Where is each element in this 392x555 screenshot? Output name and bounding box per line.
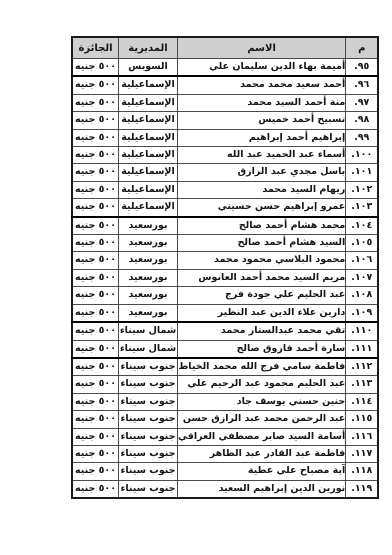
cell-directorate: جنوب سيناء (119, 445, 178, 462)
cell-prize: ٥٠٠ جنيه (72, 463, 119, 480)
table-row: ١٠٧.مريم السيد محمد أحمد العانوسبورسعيد٥… (72, 269, 378, 286)
cell-name: باسل مجدي عبد الرازق (178, 164, 346, 181)
cell-name: ريهام السيد محمد (178, 181, 346, 198)
cell-directorate: بورسعيد (119, 287, 178, 304)
table-body: ٩٥.أميمة بهاء الدين سليمان عليالسويس٥٠٠ … (72, 59, 378, 499)
cell-name: عبد الرحمن محمد عبد الرازق حسن (178, 411, 346, 428)
cell-prize: ٥٠٠ جنيه (72, 358, 119, 376)
cell-prize: ٥٠٠ جنيه (72, 235, 119, 252)
cell-prize: ٥٠٠ جنيه (72, 269, 119, 286)
cell-name: آية مصباح علي عطية (178, 463, 346, 480)
cell-directorate: بورسعيد (119, 269, 178, 286)
cell-name: أميمة بهاء الدين سليمان علي (178, 59, 346, 77)
cell-number: ١٠٦. (346, 252, 379, 269)
cell-prize: ٥٠٠ جنيه (72, 322, 119, 340)
header-cell-directorate: المديرية (119, 37, 178, 59)
table-row: ١٠٣.عمرو إبراهيم حسن حسينيالإسماعيلية٥٠٠… (72, 199, 378, 217)
cell-directorate: الإسماعيلية (119, 94, 178, 111)
table-row: ١٠٦.محمود البلاسي محمود محمدبورسعيد٥٠٠ ج… (72, 252, 378, 269)
table-row: ٩٩.إبراهيم أحمد إبراهيمالإسماعيلية٥٠٠ جن… (72, 129, 378, 146)
table-row: ١٠٢.ريهام السيد محمدالإسماعيلية٥٠٠ جنيه (72, 181, 378, 198)
cell-directorate: بورسعيد (119, 235, 178, 252)
cell-directorate: جنوب سيناء (119, 463, 178, 480)
cell-prize: ٥٠٠ جنيه (72, 445, 119, 462)
table-row: ١١٨.آية مصباح علي عطيةجنوب سيناء٥٠٠ جنيه (72, 463, 378, 480)
table-row: ١٠٩.دارين علاء الدين عبد النظيربورسعيد٥٠… (72, 304, 378, 322)
cell-prize: ٥٠٠ جنيه (72, 112, 119, 129)
cell-number: ١١٧. (346, 445, 379, 462)
table-row: ٩٨.تسبيح أحمد خميسالإسماعيلية٥٠٠ جنيه (72, 112, 378, 129)
cell-directorate: الإسماعيلية (119, 112, 178, 129)
cell-directorate: جنوب سيناء (119, 428, 178, 445)
cell-directorate: الإسماعيلية (119, 164, 178, 181)
table-row: ١١٩.نورين الدين إبراهيم السعيدجنوب سيناء… (72, 480, 378, 498)
cell-number: ١٠٥. (346, 235, 379, 252)
cell-prize: ٥٠٠ جنيه (72, 428, 119, 445)
cell-name: محمود البلاسي محمود محمد (178, 252, 346, 269)
cell-prize: ٥٠٠ جنيه (72, 76, 119, 94)
table-row: ١١٦.أسامة السيد صابر مصطفي العراقيجنوب س… (72, 428, 378, 445)
cell-number: ١١٦. (346, 428, 379, 445)
cell-directorate: شمال سيناء (119, 322, 178, 340)
table-row: ١٠٨.عبد الحليم علي جودة فرجبورسعيد٥٠٠ جن… (72, 287, 378, 304)
cell-prize: ٥٠٠ جنيه (72, 376, 119, 393)
cell-number: ١١٥. (346, 411, 379, 428)
cell-name: مريم السيد محمد أحمد العانوس (178, 269, 346, 286)
cell-number: ٩٨. (346, 112, 379, 129)
cell-name: تسبيح أحمد خميس (178, 112, 346, 129)
table-row: ١١٢.فاطمة سامي فرج الله محمد الخياطجنوب … (72, 358, 378, 376)
cell-directorate: جنوب سيناء (119, 393, 178, 410)
cell-name: عمرو إبراهيم حسن حسيني (178, 199, 346, 217)
cell-directorate: جنوب سيناء (119, 411, 178, 428)
cell-directorate: السويس (119, 59, 178, 77)
cell-prize: ٥٠٠ جنيه (72, 181, 119, 198)
cell-name: حنين حسني يوسف جاد (178, 393, 346, 410)
header-cell-name: الاسم (178, 37, 346, 59)
cell-name: عبد الحليم محمود عبد الرحيم علي (178, 376, 346, 393)
table-head: م الاسم المديرية الجائزة (72, 37, 378, 59)
table-row: ١١١.سارة أحمد فاروق صالحشمال سيناء٥٠٠ جن… (72, 340, 378, 358)
table-row: ١١٤.حنين حسني يوسف جادجنوب سيناء٥٠٠ جنيه (72, 393, 378, 410)
table-row: ٩٦.أحمد سعيد محمد محمدالإسماعيلية٥٠٠ جني… (72, 76, 378, 94)
cell-number: ١١٩. (346, 480, 379, 498)
cell-number: ١٠١. (346, 164, 379, 181)
cell-directorate: شمال سيناء (119, 340, 178, 358)
cell-name: نورين الدين إبراهيم السعيد (178, 480, 346, 498)
cell-number: ٩٥. (346, 59, 379, 77)
prize-winners-table: م الاسم المديرية الجائزة ٩٥.أميمة بهاء ا… (71, 36, 379, 499)
cell-prize: ٥٠٠ جنيه (72, 147, 119, 164)
cell-name: عبد الحليم علي جودة فرج (178, 287, 346, 304)
table-row: ١١٥.عبد الرحمن محمد عبد الرازق حسنجنوب س… (72, 411, 378, 428)
table-row: ٩٧.منة أحمد السيد محمدالإسماعيلية٥٠٠ جني… (72, 94, 378, 111)
cell-directorate: جنوب سيناء (119, 480, 178, 498)
cell-number: ١٠٧. (346, 269, 379, 286)
table-row: ١٠٥.السيد هشام أحمد صالحبورسعيد٥٠٠ جنيه (72, 235, 378, 252)
cell-name: تقي محمد عبدالستار محمد (178, 322, 346, 340)
cell-prize: ٥٠٠ جنيه (72, 94, 119, 111)
cell-directorate: الإسماعيلية (119, 199, 178, 217)
cell-name: منة أحمد السيد محمد (178, 94, 346, 111)
cell-number: ١١٤. (346, 393, 379, 410)
cell-directorate: جنوب سيناء (119, 358, 178, 376)
cell-prize: ٥٠٠ جنيه (72, 217, 119, 235)
cell-prize: ٥٠٠ جنيه (72, 199, 119, 217)
cell-prize: ٥٠٠ جنيه (72, 59, 119, 77)
cell-directorate: الإسماعيلية (119, 147, 178, 164)
cell-directorate: الإسماعيلية (119, 129, 178, 146)
cell-directorate: بورسعيد (119, 252, 178, 269)
cell-number: ٩٧. (346, 94, 379, 111)
cell-number: ٩٦. (346, 76, 379, 94)
table-header-row: م الاسم المديرية الجائزة (72, 37, 378, 59)
cell-number: ١٠٩. (346, 304, 379, 322)
header-cell-number: م (346, 37, 379, 59)
cell-name: إبراهيم أحمد إبراهيم (178, 129, 346, 146)
cell-name: أسماء عبد الحميد عبد الله (178, 147, 346, 164)
cell-directorate: بورسعيد (119, 217, 178, 235)
cell-number: ١١٢. (346, 358, 379, 376)
table-row: ٩٥.أميمة بهاء الدين سليمان عليالسويس٥٠٠ … (72, 59, 378, 77)
cell-directorate: الإسماعيلية (119, 76, 178, 94)
cell-name: فاطمة سامي فرج الله محمد الخياط (178, 358, 346, 376)
cell-prize: ٥٠٠ جنيه (72, 411, 119, 428)
cell-number: ١٠٣. (346, 199, 379, 217)
cell-name: محمد هشام أحمد صالح (178, 217, 346, 235)
cell-prize: ٥٠٠ جنيه (72, 480, 119, 498)
table-row: ١٠١.باسل مجدي عبد الرازقالإسماعيلية٥٠٠ ج… (72, 164, 378, 181)
cell-prize: ٥٠٠ جنيه (72, 164, 119, 181)
cell-number: ١٠٠. (346, 147, 379, 164)
cell-name: أحمد سعيد محمد محمد (178, 76, 346, 94)
cell-prize: ٥٠٠ جنيه (72, 340, 119, 358)
cell-name: أسامة السيد صابر مصطفي العراقي (178, 428, 346, 445)
cell-name: السيد هشام أحمد صالح (178, 235, 346, 252)
cell-number: ١٠٢. (346, 181, 379, 198)
cell-prize: ٥٠٠ جنيه (72, 287, 119, 304)
cell-number: ١١١. (346, 340, 379, 358)
cell-number: ٩٩. (346, 129, 379, 146)
document-page: م الاسم المديرية الجائزة ٩٥.أميمة بهاء ا… (0, 0, 392, 555)
table-row: ١١٧.فاطمة عبد القادر عبد الظاهرجنوب سينا… (72, 445, 378, 462)
cell-prize: ٥٠٠ جنيه (72, 129, 119, 146)
table-row: ١١٣.عبد الحليم محمود عبد الرحيم عليجنوب … (72, 376, 378, 393)
cell-number: ١٠٤. (346, 217, 379, 235)
cell-directorate: الإسماعيلية (119, 181, 178, 198)
table-row: ١٠٠.أسماء عبد الحميد عبد اللهالإسماعيلية… (72, 147, 378, 164)
cell-number: ١١٨. (346, 463, 379, 480)
cell-name: فاطمة عبد القادر عبد الظاهر (178, 445, 346, 462)
cell-name: دارين علاء الدين عبد النظير (178, 304, 346, 322)
header-cell-prize: الجائزة (72, 37, 119, 59)
cell-number: ١٠٨. (346, 287, 379, 304)
cell-number: ١١٠. (346, 322, 379, 340)
cell-prize: ٥٠٠ جنيه (72, 252, 119, 269)
table-row: ١١٠.تقي محمد عبدالستار محمدشمال سيناء٥٠٠… (72, 322, 378, 340)
cell-number: ١١٣. (346, 376, 379, 393)
cell-directorate: بورسعيد (119, 304, 178, 322)
cell-prize: ٥٠٠ جنيه (72, 393, 119, 410)
cell-prize: ٥٠٠ جنيه (72, 304, 119, 322)
cell-name: سارة أحمد فاروق صالح (178, 340, 346, 358)
table-row: ١٠٤.محمد هشام أحمد صالحبورسعيد٥٠٠ جنيه (72, 217, 378, 235)
cell-directorate: جنوب سيناء (119, 376, 178, 393)
